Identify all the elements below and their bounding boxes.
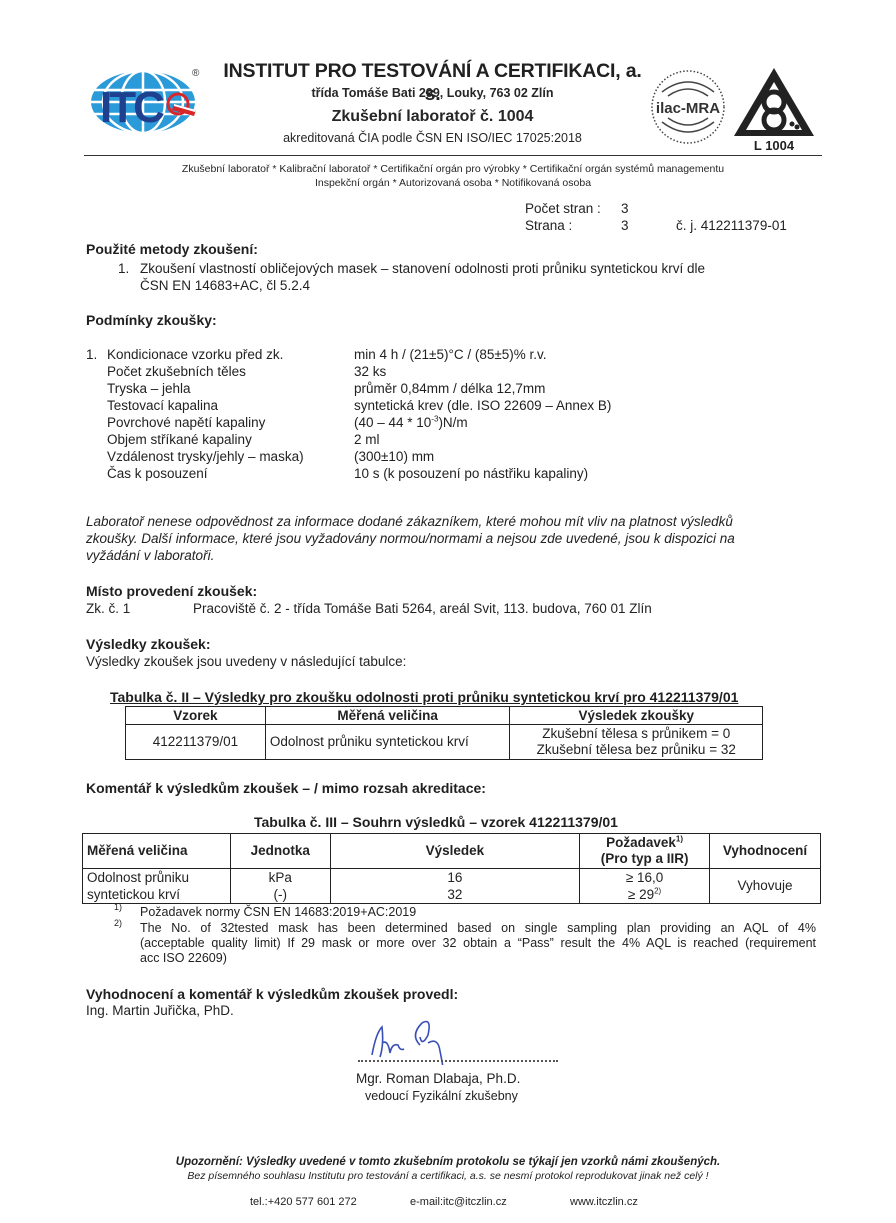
condition-value: (40 – 44 * 10-3)N/m bbox=[354, 415, 468, 430]
column-header: Měřená veličina bbox=[83, 834, 231, 869]
evaluator-name: Ing. Martin Juřička, PhD. bbox=[86, 1003, 234, 1018]
condition-label: Objem stříkané kapaliny bbox=[107, 432, 252, 447]
header-divider bbox=[84, 155, 822, 156]
page-count-label: Počet stran : bbox=[525, 201, 601, 216]
result-cell: 16 bbox=[330, 869, 579, 887]
cia-accreditation-logo: L 1004 bbox=[732, 66, 816, 152]
table-row: 412211379/01 Odolnost průniku synteticko… bbox=[126, 725, 763, 760]
column-header: Měřená veličina bbox=[265, 707, 510, 725]
sample-cell: 412211379/01 bbox=[126, 725, 266, 760]
method-number: 1. bbox=[118, 261, 129, 276]
evaluation-cell: Vyhovuje bbox=[710, 869, 821, 904]
unit-cell: (-) bbox=[230, 886, 330, 904]
institute-address: třída Tomáše Bati 299, Louky, 763 02 Zlí… bbox=[220, 86, 645, 100]
condition-value: 32 ks bbox=[354, 364, 386, 379]
location-heading: Místo provedení zkoušek: bbox=[86, 583, 257, 599]
table-2-caption: Tabulka č. II – Výsledky pro zkoušku odo… bbox=[110, 689, 738, 705]
condition-row: 1. Kondicionace vzorku před zk. min 4 h … bbox=[86, 347, 786, 363]
footnote-text: (acceptable quality limit) If 29 mask or… bbox=[140, 936, 816, 950]
condition-value: 2 ml bbox=[354, 432, 380, 447]
location-code: Zk. č. 1 bbox=[86, 601, 130, 616]
services-line-2: Inspekční orgán * Autorizovaná osoba * N… bbox=[84, 177, 822, 189]
condition-row: Povrchové napětí kapaliny (40 – 44 * 10-… bbox=[86, 415, 786, 431]
footer-warning: Upozornění: Výsledky uvedené v tomto zku… bbox=[0, 1156, 896, 1168]
result-line-2: Zkušební tělesa bez průniku = 32 bbox=[514, 742, 758, 758]
requirement-cell: ≥ 292) bbox=[580, 886, 710, 904]
condition-label: Počet zkušebních těles bbox=[107, 364, 246, 379]
condition-value: syntetická krev (dle. ISO 22609 – Annex … bbox=[354, 398, 611, 413]
signer-role: vedoucí Fyzikální zkušebny bbox=[365, 1089, 518, 1103]
condition-row: Tryska – jehla průměr 0,84mm / délka 12,… bbox=[86, 381, 786, 397]
svg-text:ITC: ITC bbox=[100, 83, 164, 132]
services-line-1: Zkušební laboratoř * Kalibrační laborato… bbox=[84, 163, 822, 175]
page-count-value: 3 bbox=[621, 201, 629, 216]
svg-text:®: ® bbox=[192, 68, 200, 79]
unit-cell: kPa bbox=[230, 869, 330, 887]
accreditation-line: akreditovaná ČIA podle ČSN EN ISO/IEC 17… bbox=[220, 131, 645, 145]
condition-label: Vzdálenost trysky/jehly – maska) bbox=[107, 449, 304, 464]
method-line-2: ČSN EN 14683+AC, čl 5.2.4 bbox=[140, 278, 310, 293]
itc-logo: ITC ® bbox=[88, 66, 206, 136]
result-line-1: Zkušební tělesa s průnikem = 0 bbox=[514, 726, 758, 742]
footnote-mark: 2) bbox=[114, 918, 122, 928]
method-line-1: Zkoušení vlastností obličejových masek –… bbox=[140, 261, 705, 276]
page-number-value: 3 bbox=[621, 218, 629, 233]
footnote-text: The No. of 32tested mask has been determ… bbox=[140, 921, 816, 935]
location-place: Pracoviště č. 2 - třída Tomáše Bati 5264… bbox=[193, 601, 652, 616]
table-3-header-row: Měřená veličina Jednotka Výsledek Požada… bbox=[83, 834, 821, 869]
conditions-heading: Podmínky zkoušky: bbox=[86, 312, 217, 328]
lab-name: Zkušební laboratoř č. 1004 bbox=[220, 108, 645, 126]
table-3-caption: Tabulka č. III – Souhrn výsledků – vzore… bbox=[254, 814, 618, 830]
quantity-cell: Odolnost průniku bbox=[83, 869, 231, 887]
footer-copyright: Bez písemného souhlasu Institutu pro tes… bbox=[0, 1170, 896, 1182]
results-text: Výsledky zkoušek jsou uvedeny v následuj… bbox=[86, 654, 406, 669]
condition-value: průměr 0,84mm / délka 12,7mm bbox=[354, 381, 545, 396]
signature-line bbox=[358, 1060, 558, 1062]
condition-row: Objem stříkané kapaliny 2 ml bbox=[86, 432, 786, 448]
result-cell: 32 bbox=[330, 886, 579, 904]
table-2: Vzorek Měřená veličina Výsledek zkoušky … bbox=[125, 706, 763, 760]
condition-row: Vzdálenost trysky/jehly – maska) (300±10… bbox=[86, 449, 786, 465]
signature-image bbox=[360, 1015, 480, 1065]
condition-row: Počet zkušebních těles 32 ks bbox=[86, 364, 786, 380]
condition-row: Čas k posouzení 10 s (k posouzení po nás… bbox=[86, 466, 786, 482]
footnote-text: acc ISO 22609) bbox=[140, 951, 227, 965]
result-cell: Zkušební tělesa s průnikem = 0 Zkušební … bbox=[510, 725, 763, 760]
footer-email[interactable]: e-mail:itc@itczlin.cz bbox=[410, 1196, 507, 1208]
footer-phone: tel.:+420 577 601 272 bbox=[250, 1196, 357, 1208]
methods-heading: Použité metody zkoušení: bbox=[86, 241, 258, 257]
footnote-text: Požadavek normy ČSN EN 14683:2019+AC:201… bbox=[140, 905, 416, 919]
reference-number: č. j. 412211379-01 bbox=[676, 218, 787, 233]
conditions-number: 1. bbox=[86, 347, 97, 362]
svg-text:L 1004: L 1004 bbox=[754, 138, 795, 152]
quantity-cell: syntetickou krví bbox=[83, 886, 231, 904]
footer-website[interactable]: www.itczlin.cz bbox=[570, 1196, 638, 1208]
requirement-cell: ≥ 16,0 bbox=[580, 869, 710, 887]
condition-value: (300±10) mm bbox=[354, 449, 434, 464]
ilac-mra-logo: ilac-MRA bbox=[648, 62, 728, 152]
condition-row: Testovací kapalina syntetická krev (dle.… bbox=[86, 398, 786, 414]
column-header: Požadavek1) (Pro typ a IIR) bbox=[580, 834, 710, 869]
column-header: Vzorek bbox=[126, 707, 266, 725]
footnote-mark: 1) bbox=[114, 902, 122, 912]
condition-value: min 4 h / (21±5)°C / (85±5)% r.v. bbox=[354, 347, 547, 362]
column-header: Jednotka bbox=[230, 834, 330, 869]
table-3: Měřená veličina Jednotka Výsledek Požada… bbox=[82, 833, 821, 904]
condition-label: Testovací kapalina bbox=[107, 398, 218, 413]
disclaimer-line-1: Laboratoř nenese odpovědnost za informac… bbox=[86, 514, 733, 529]
condition-label: Tryska – jehla bbox=[107, 381, 191, 396]
condition-label: Čas k posouzení bbox=[107, 466, 208, 481]
table-2-header-row: Vzorek Měřená veličina Výsledek zkoušky bbox=[126, 707, 763, 725]
disclaimer-line-2: zkoušky. Další informace, které jsou vyž… bbox=[86, 531, 735, 546]
condition-value: 10 s (k posouzení po nástřiku kapaliny) bbox=[354, 466, 588, 481]
comment-heading: Komentář k výsledkům zkoušek – / mimo ro… bbox=[86, 780, 486, 796]
svg-text:ilac-MRA: ilac-MRA bbox=[656, 100, 720, 117]
evaluator-heading: Vyhodnocení a komentář k výsledkům zkouš… bbox=[86, 986, 458, 1002]
table-row: Odolnost průniku kPa 16 ≥ 16,0 Vyhovuje bbox=[83, 869, 821, 887]
column-header: Výsledek zkoušky bbox=[510, 707, 763, 725]
condition-label: Kondicionace vzorku před zk. bbox=[107, 347, 283, 362]
page-number-label: Strana : bbox=[525, 218, 572, 233]
condition-label: Povrchové napětí kapaliny bbox=[107, 415, 265, 430]
column-header: Výsledek bbox=[330, 834, 579, 869]
quantity-cell: Odolnost průniku syntetickou krví bbox=[265, 725, 510, 760]
column-header: Vyhodnocení bbox=[710, 834, 821, 869]
signer-name: Mgr. Roman Dlabaja, Ph.D. bbox=[356, 1071, 520, 1086]
results-heading: Výsledky zkoušek: bbox=[86, 636, 211, 652]
disclaimer-line-3: vyžádání v laboratoři. bbox=[86, 548, 214, 563]
